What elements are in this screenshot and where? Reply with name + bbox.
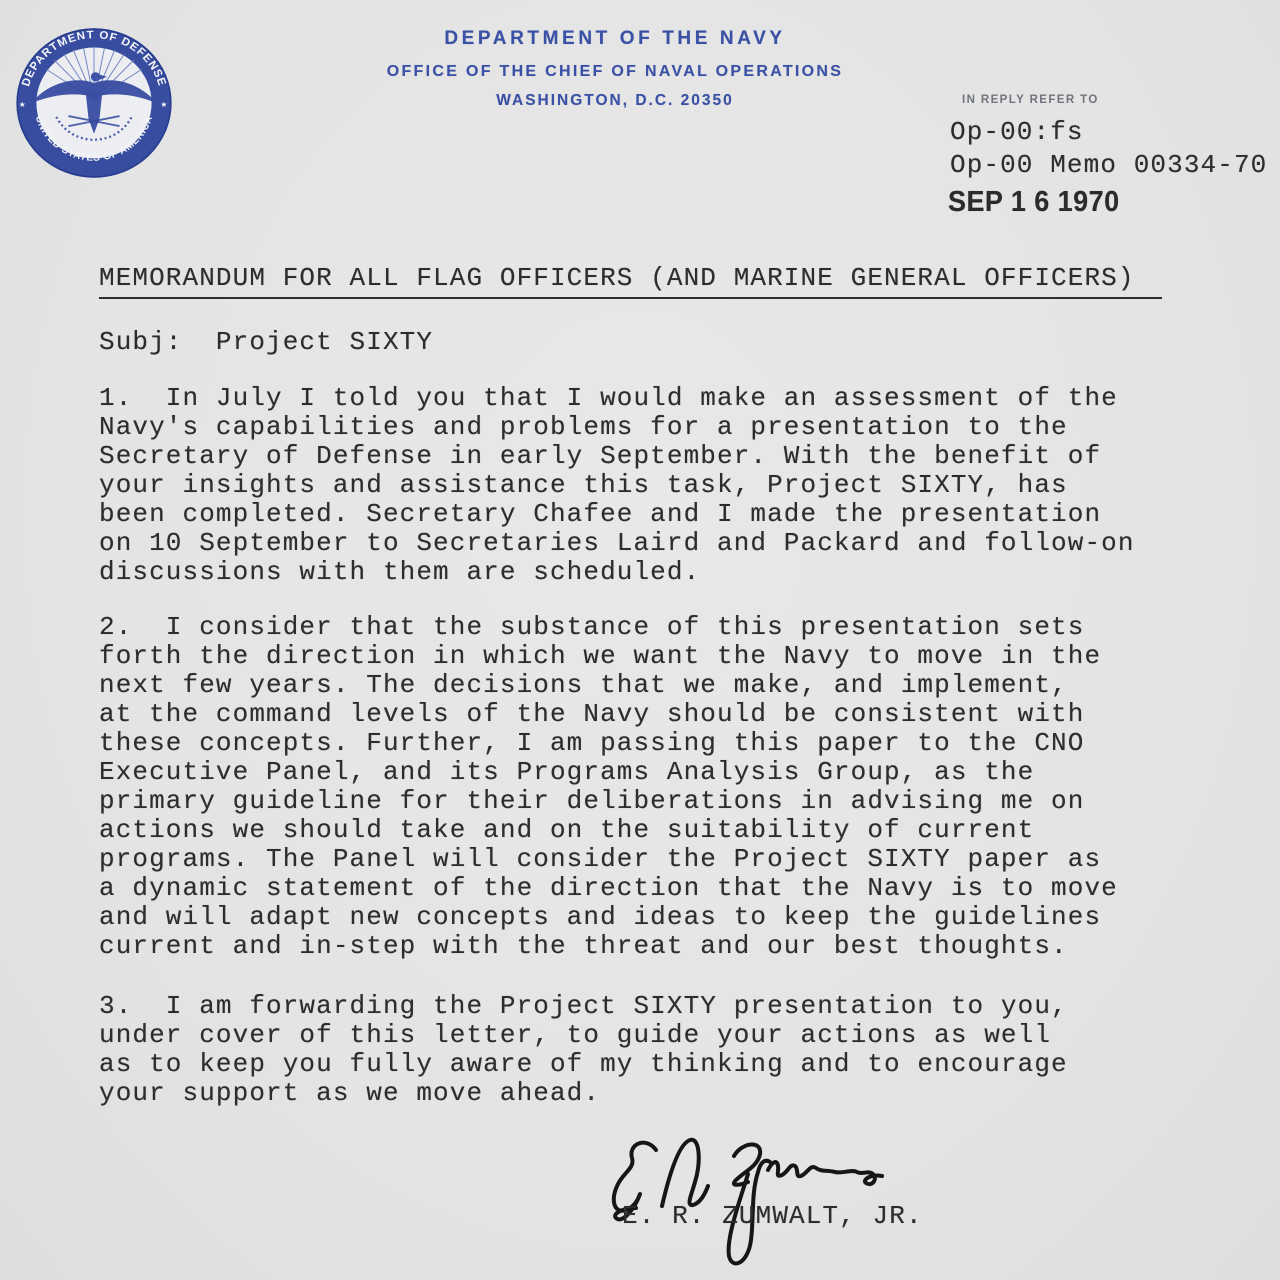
typed-signature-name: E. R. ZUMWALT, JR. (622, 1202, 923, 1231)
reply-memo-number: Op-00 Memo 00334-70 (950, 151, 1267, 180)
letterhead-line2: OFFICE OF THE CHIEF OF NAVAL OPERATIONS (330, 63, 900, 81)
reply-reference-code: Op-00:fs (950, 118, 1084, 147)
in-reply-refer-to-label: IN REPLY REFER TO (962, 94, 1099, 106)
memo-heading: MEMORANDUM FOR ALL FLAG OFFICERS (AND MA… (99, 264, 1162, 299)
paragraph-2: 2. I consider that the substance of this… (99, 613, 1118, 961)
letterhead-line3: WASHINGTON, D.C. 20350 (330, 92, 900, 110)
memo-document: DEPARTMENT OF DEFENSE UNITED STATES OF A… (0, 0, 1280, 1280)
department-of-defense-seal-icon: DEPARTMENT OF DEFENSE UNITED STATES OF A… (14, 26, 174, 180)
seal-star-left: ★ (19, 100, 26, 109)
letterhead-line1: DEPARTMENT OF THE NAVY (330, 28, 900, 50)
seal-star-right: ★ (160, 100, 167, 109)
paragraph-1: 1. In July I told you that I would make … (99, 384, 1135, 587)
letterhead: DEPARTMENT OF THE NAVY OFFICE OF THE CHI… (330, 28, 900, 110)
date-stamp: SEP 1 6 1970 (948, 186, 1120, 219)
paragraph-3: 3. I am forwarding the Project SIXTY pre… (99, 992, 1068, 1108)
subject-line: Subj: Project SIXTY (99, 328, 433, 357)
